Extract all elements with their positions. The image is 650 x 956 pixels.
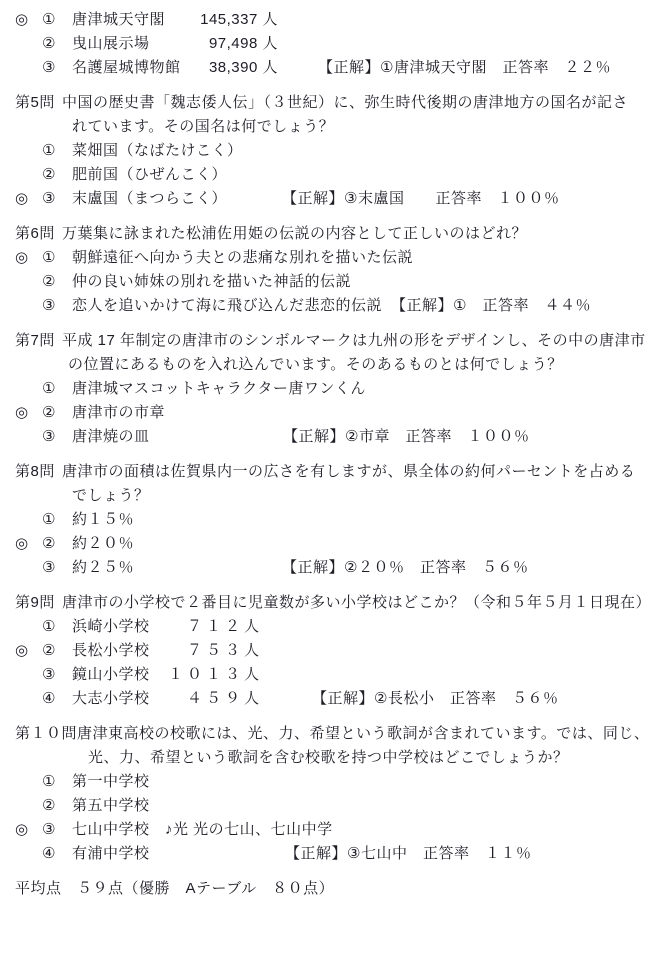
option-row: ① 唐津城マスコットキャラクター唐ワンくん [15,377,650,401]
question-number: 第１０問 [15,722,77,746]
option-number: ② [42,639,72,663]
option-number: ② [42,163,72,187]
correct-answer: 【正解】②市章 正答率 １００％ [283,425,529,449]
option-text: 唐津城マスコットキャラクター唐ワンくん [72,377,366,401]
question-text: 平成 17 年制定の唐津市のシンボルマークは九州の形をデザインし、その中の唐津市 [62,329,646,353]
correct-answer-marker: ◎ [15,187,42,211]
option-number: ③ [42,556,72,580]
question-text-continuation: の位置にあるものを入れ込んでいます。そのあるものとは何でしょう？ [15,353,650,377]
option-row: ① 約１５％ [15,508,650,532]
correct-answer-marker [15,687,42,711]
option-number: ① [42,377,72,401]
question-text: 光、力、希望という歌詞を含む校歌を持つ中学校はどこでしょうか？ [88,746,569,770]
option-row: ③ 唐津焼の皿 【正解】②市章 正答率 １００％ [15,425,650,449]
visitor-count: 145,337 人 [170,8,278,32]
student-count: １０１３人 [145,663,263,687]
option-text: 第一中学校 [72,770,150,794]
option-row: ③ 鏡山小学校 １０１３人 [15,663,650,687]
question-10: 第１０問 唐津東高校の校歌には、光、力、希望という歌詞が含まれています。では、同… [15,722,650,866]
option-text: 鏡山小学校 [72,663,150,687]
correct-answer-marker: ◎ [15,639,42,663]
option-text: 約２０％ [72,532,134,556]
correct-answer: 【正解】②２０％ 正答率 ５６％ [282,556,528,580]
option-number: ① [42,615,72,639]
option-text: 仲の良い姉妹の別れを描いた神話的伝説 [72,270,351,294]
option-row: ◎ ③ 七山中学校 ♪光 光の七山、七山中学 [15,818,650,842]
correct-answer-marker [15,842,42,866]
question-text: 中国の歴史書「魏志倭人伝」（３世紀）に、弥生時代後期の唐津地方の国名が記さ [62,91,628,115]
correct-answer-marker [15,377,42,401]
option-row: ③ 恋人を追いかけて海に飛び込んだ悲恋的伝説 【正解】① 正答率 ４４％ [15,294,650,318]
correct-answer: 【正解】②長松小 正答率 ５６％ [312,687,558,711]
option-number: ② [42,794,72,818]
option-text: 長松小学校 [72,639,150,663]
option-row: ② 曳山展示場 97,498 人 [15,32,650,56]
question-4-options: ◎ ① 唐津城天守閣 145,337 人 ② 曳山展示場 97,498 人 ③ … [15,8,650,80]
option-text: 菜畑国（なばたけこく） [72,139,243,163]
question-heading: 第7問 平成 17 年制定の唐津市のシンボルマークは九州の形をデザインし、その中… [15,329,650,353]
option-text: 唐津市の市章 [72,401,165,425]
correct-answer: 【正解】①唐津城天守閣 正答率 ２２％ [318,56,611,80]
correct-answer-marker: ◎ [15,8,42,32]
question-text: 唐津東高校の校歌には、光、力、希望という歌詞が含まれています。では、同じ、 [77,722,649,746]
option-number: ③ [42,56,72,80]
question-heading: 第5問 中国の歴史書「魏志倭人伝」（３世紀）に、弥生時代後期の唐津地方の国名が記… [15,91,650,115]
option-row: ④ 大志小学校 ４５９人 【正解】②長松小 正答率 ５６％ [15,687,650,711]
question-text: れています。その国名は何でしょう？ [72,115,334,139]
question-5: 第5問 中国の歴史書「魏志倭人伝」（３世紀）に、弥生時代後期の唐津地方の国名が記… [15,91,650,211]
option-row: ① 第一中学校 [15,770,650,794]
correct-answer: 【正解】③七山中 正答率 １１％ [285,842,531,866]
option-number: ④ [42,687,72,711]
correct-answer-marker [15,508,42,532]
option-number: ④ [42,842,72,866]
question-text: の位置にあるものを入れ込んでいます。そのあるものとは何でしょう？ [68,353,563,377]
option-row: ① 菜畑国（なばたけこく） [15,139,650,163]
question-text: 唐津市の小学校で２番目に児童数が多い小学校はどこか？（令和５年５月１日現在） [62,591,650,615]
option-text: 曳山展示場 [72,32,150,56]
option-number: ② [42,532,72,556]
option-row: ② 肥前国（ひぜんこく） [15,163,650,187]
question-number: 第6問 [15,222,62,246]
correct-answer-marker [15,270,42,294]
question-heading: 第8問 唐津市の面積は佐賀県内一の広さを有しますが、県全体の約何パーセントを占め… [15,460,650,484]
correct-answer-marker: ◎ [15,246,42,270]
average-score: 平均点 ５９点（優勝 Aテーブル ８０点） [15,877,650,901]
option-number: ③ [42,818,72,842]
correct-answer-marker [15,139,42,163]
correct-answer-marker [15,32,42,56]
option-row: ② 仲の良い姉妹の別れを描いた神話的伝説 [15,270,650,294]
option-text: 名護屋城博物館 [72,56,181,80]
option-number: ① [42,8,72,32]
option-text: 浜崎小学校 [72,615,150,639]
option-number: ③ [42,294,72,318]
question-text: 万葉集に詠まれた松浦佐用姫の伝説の内容として正しいのはどれ？ [62,222,527,246]
option-text: 末盧国（まつらこく） [72,187,227,211]
option-row: ④ 有浦中学校 【正解】③七山中 正答率 １１％ [15,842,650,866]
student-count: ４５９人 [145,687,263,711]
option-text: 第五中学校 [72,794,150,818]
option-row: ③ 名護屋城博物館 38,390 人 【正解】①唐津城天守閣 正答率 ２２％ [15,56,650,80]
correct-answer-marker [15,425,42,449]
option-row: ◎ ② 長松小学校 ７５３人 [15,639,650,663]
option-number: ③ [42,187,72,211]
option-row: ① 浜崎小学校 ７１２人 [15,615,650,639]
correct-answer-marker: ◎ [15,401,42,425]
correct-answer-marker [15,556,42,580]
option-number: ① [42,508,72,532]
question-number: 第5問 [15,91,62,115]
question-heading: 第6問 万葉集に詠まれた松浦佐用姫の伝説の内容として正しいのはどれ？ [15,222,650,246]
average-score-text: 平均点 ５９点（優勝 Aテーブル ８０点） [15,877,334,901]
visitor-count: 38,390 人 [170,56,278,80]
option-number: ① [42,246,72,270]
question-7: 第7問 平成 17 年制定の唐津市のシンボルマークは九州の形をデザインし、その中… [15,329,650,449]
option-number: ② [42,32,72,56]
correct-answer-marker [15,56,42,80]
question-text-continuation: でしょう？ [15,484,650,508]
question-text: 唐津市の面積は佐賀県内一の広さを有しますが、県全体の約何パーセントを占める [62,460,635,484]
option-number: ① [42,770,72,794]
question-number: 第9問 [15,591,62,615]
option-text: 恋人を追いかけて海に飛び込んだ悲恋的伝説 [72,294,382,318]
option-row: ② 第五中学校 [15,794,650,818]
question-text-continuation: れています。その国名は何でしょう？ [15,115,650,139]
option-text: 約１５％ [72,508,134,532]
option-text: 有浦中学校 [72,842,150,866]
option-text: 約２５％ [72,556,134,580]
correct-answer-marker [15,163,42,187]
option-number: ① [42,139,72,163]
correct-answer-marker: ◎ [15,818,42,842]
question-6: 第6問 万葉集に詠まれた松浦佐用姫の伝説の内容として正しいのはどれ？ ◎ ① 朝… [15,222,650,318]
option-number: ② [42,270,72,294]
correct-answer-marker [15,663,42,687]
correct-answer: 【正解】① 正答率 ４４％ [391,294,591,318]
option-row: ③ 約２５％ 【正解】②２０％ 正答率 ５６％ [15,556,650,580]
question-8: 第8問 唐津市の面積は佐賀県内一の広さを有しますが、県全体の約何パーセントを占め… [15,460,650,580]
option-text: 肥前国（ひぜんこく） [72,163,227,187]
question-number: 第8問 [15,460,62,484]
correct-answer-marker [15,294,42,318]
option-text: 唐津城天守閣 [72,8,165,32]
student-count: ７５３人 [145,639,263,663]
correct-answer-marker [15,794,42,818]
correct-answer: 【正解】③末盧国 正答率 １００％ [282,187,559,211]
option-number: ② [42,401,72,425]
student-count: ７１２人 [145,615,263,639]
option-number: ③ [42,425,72,449]
option-row: ◎ ② 唐津市の市章 [15,401,650,425]
question-heading: 第9問 唐津市の小学校で２番目に児童数が多い小学校はどこか？（令和５年５月１日現… [15,591,650,615]
correct-answer-marker [15,770,42,794]
correct-answer-marker: ◎ [15,532,42,556]
option-row: ◎ ① 朝鮮遠征へ向かう夫との悲痛な別れを描いた伝説 [15,246,650,270]
visitor-count: 97,498 人 [170,32,278,56]
option-row: ◎ ② 約２０％ [15,532,650,556]
quiz-document-page: ◎ ① 唐津城天守閣 145,337 人 ② 曳山展示場 97,498 人 ③ … [0,0,650,956]
question-text: でしょう？ [72,484,150,508]
option-text: 唐津焼の皿 [72,425,150,449]
question-text-continuation: 光、力、希望という歌詞を含む校歌を持つ中学校はどこでしょうか？ [15,746,650,770]
option-text: 七山中学校 ♪光 光の七山、七山中学 [72,818,333,842]
question-number: 第7問 [15,329,62,353]
option-row: ◎ ① 唐津城天守閣 145,337 人 [15,8,650,32]
option-row: ◎ ③ 末盧国（まつらこく） 【正解】③末盧国 正答率 １００％ [15,187,650,211]
question-heading: 第１０問 唐津東高校の校歌には、光、力、希望という歌詞が含まれています。では、同… [15,722,650,746]
option-text: 大志小学校 [72,687,150,711]
question-9: 第9問 唐津市の小学校で２番目に児童数が多い小学校はどこか？（令和５年５月１日現… [15,591,650,711]
correct-answer-marker [15,615,42,639]
option-number: ③ [42,663,72,687]
option-text: 朝鮮遠征へ向かう夫との悲痛な別れを描いた伝説 [72,246,413,270]
